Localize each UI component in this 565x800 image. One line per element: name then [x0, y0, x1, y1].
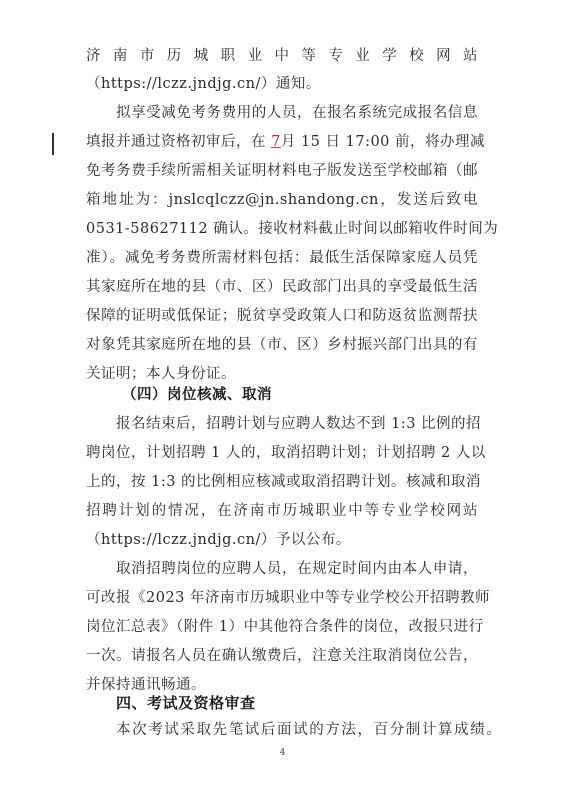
paragraph-line: 免考务费手续所需相关证明材料电子版发送至学校邮箱（邮	[86, 161, 478, 181]
tracked-change-mark: 7	[271, 134, 281, 150]
paragraph-line: 填报并通过资格初审后，在 7月 15 日 17:00 前，将办理减	[86, 132, 478, 152]
paragraph-line: 报名结束后，招聘计划与应聘人数达不到 1:3 比例的招	[116, 414, 478, 434]
paragraph-line: 可改报《2023 年济南市历城职业中等专业学校公开招聘教师	[86, 588, 478, 608]
section-heading-four: 四、考试及资格审查	[116, 693, 478, 713]
paragraph-line: 拟享受减免考务费用的人员，在报名系统完成报名信息	[116, 103, 478, 123]
paragraph-line: 准）。减免考务费所需材料包括：最低生活保障家庭人员凭	[86, 248, 478, 268]
section-heading-4: （四）岗位核减、取消	[122, 385, 484, 405]
page-number: 4	[0, 748, 565, 758]
document-page: 济南市历城职业中等专业学校网站 （https://lczz.jndjg.cn/）…	[0, 0, 565, 800]
paragraph-line: 并保持通讯畅通。	[86, 675, 478, 695]
text-segment: 月 15 日 17:00 前，将办理减	[281, 134, 485, 150]
phone-line: 0531-58627112 确认。接收材料截止时间以邮箱收件时间为	[86, 219, 478, 239]
paragraph-line: 关证明；本人身份证。	[86, 364, 478, 384]
email-line: 箱地址为：jnslcqlczz@jn.shandong.cn，发送后致电	[86, 190, 478, 210]
paragraph-line: 聘岗位，计划招聘 1 人的，取消招聘计划；计划招聘 2 人以	[86, 443, 478, 463]
paragraph-line: 上的，按 1:3 的比例相应核减或取消招聘计划。核减和取消	[86, 472, 478, 492]
paragraph-line: 招聘计划的情况，在济南市历城职业中等专业学校网站	[86, 501, 478, 521]
text-cursor	[52, 133, 54, 155]
paragraph-line: 保障的证明或低保证；脱贫享受政策人口和防返贫监测帮扶	[86, 306, 478, 326]
text-segment: 填报并通过资格初审后，在	[86, 134, 266, 150]
url-line: （https://lczz.jndjg.cn/）通知。	[86, 74, 478, 94]
paragraph-line: 济南市历城职业中等专业学校网站	[86, 46, 478, 66]
paragraph-line: 对象凭其家庭所在地的县（市、区）乡村振兴部门出具的有	[86, 335, 478, 355]
paragraph-line: 岗位汇总表》（附件 1）中其他符合条件的岗位，改报只进行	[86, 617, 478, 637]
url-line: （https://lczz.jndjg.cn/）予以公布。	[86, 530, 478, 550]
paragraph-line: 一次。请报名人员在确认缴费后，注意关注取消岗位公告，	[86, 646, 478, 666]
paragraph-line: 本次考试采取先笔试后面试的方法，百分制计算成绩。	[116, 720, 486, 740]
paragraph-line: 其家庭所在地的县（市、区）民政部门出具的享受最低生活	[86, 277, 478, 297]
paragraph-line: 取消招聘岗位的应聘人员，在规定时间内由本人申请，	[116, 559, 478, 579]
